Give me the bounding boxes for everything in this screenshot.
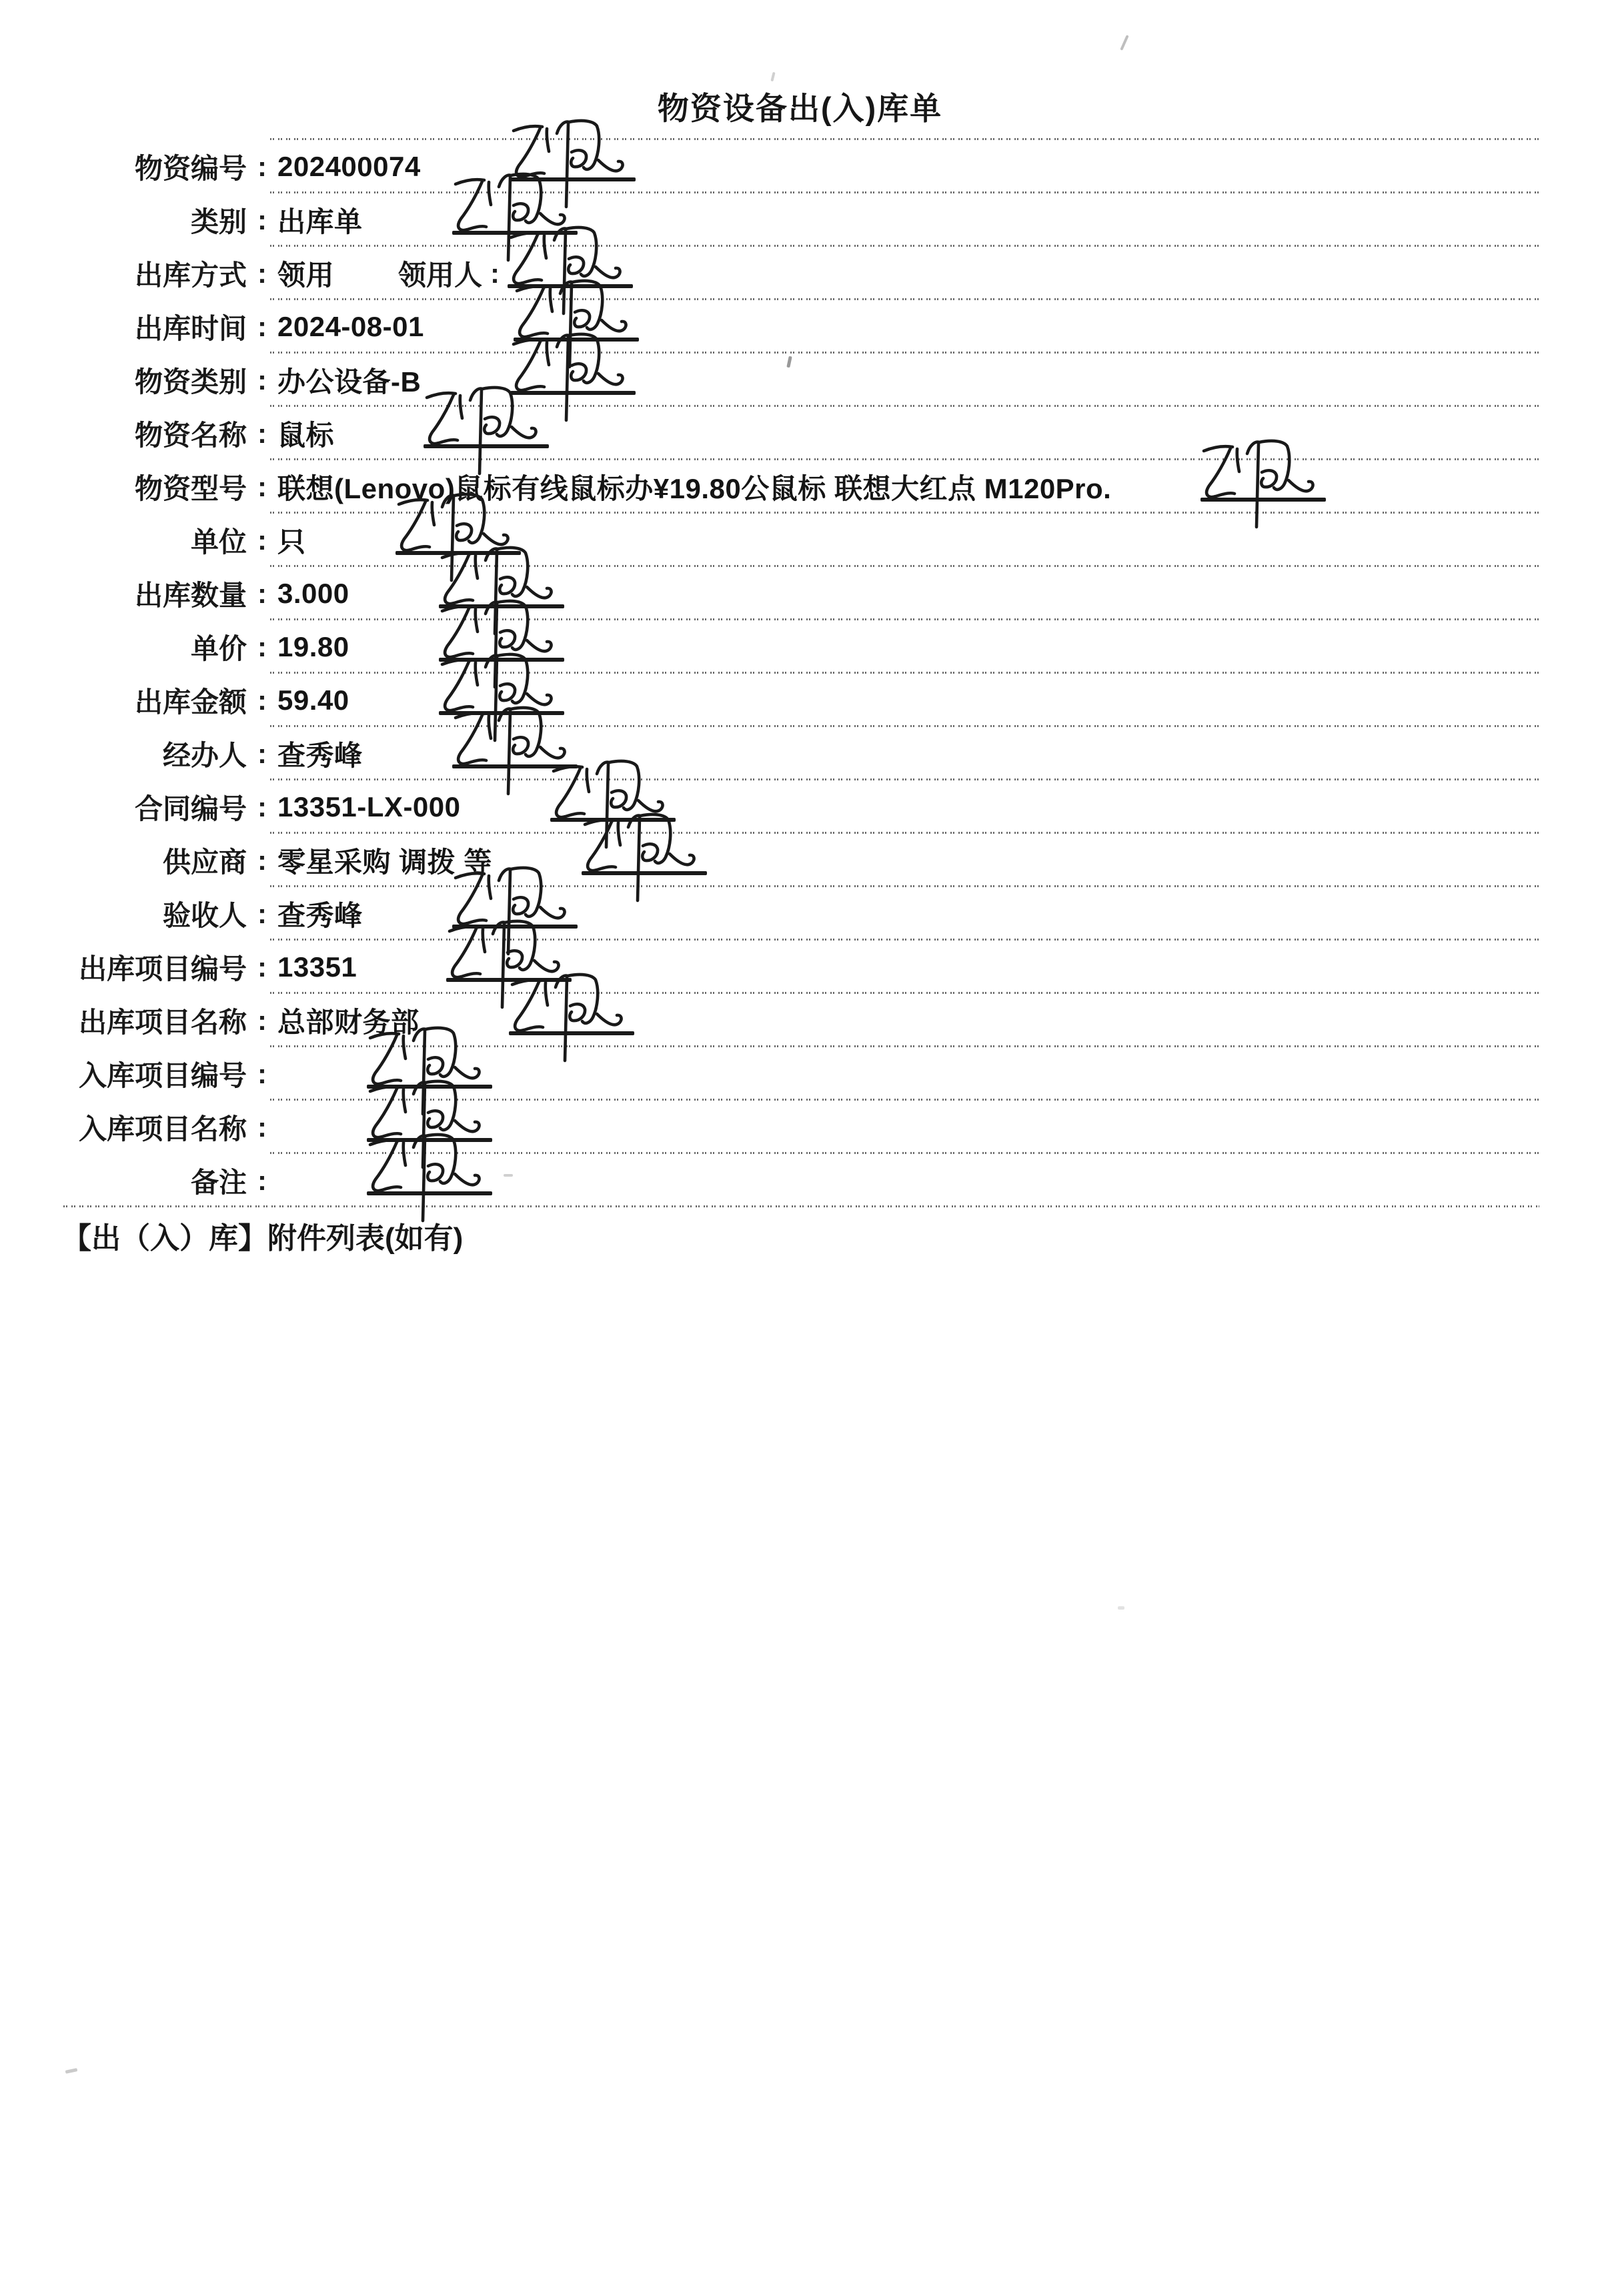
label-colon: : <box>247 524 277 556</box>
field-value: 13351 <box>277 951 357 983</box>
label-colon: : <box>247 684 277 716</box>
receiver-field <box>398 407 557 460</box>
field-value: 202400074 <box>277 151 421 183</box>
field-label: 物资名称 <box>0 414 247 454</box>
signature-area <box>582 834 715 887</box>
field-label: 出库数量 <box>0 574 247 614</box>
label-colon: : <box>247 471 277 503</box>
field-value: 59.40 <box>277 684 349 716</box>
scanned-warehouse-form-page: 物资设备出(入)库单 物资编号 : 202400074 <box>0 0 1600 2296</box>
field-label: 出库金额 <box>0 680 247 720</box>
scan-speck <box>1120 35 1128 51</box>
field-label: 出库项目名称 <box>0 1001 247 1041</box>
label-colon: : <box>247 257 277 290</box>
field-label: 出库项目编号 <box>0 947 247 987</box>
label-colon: : <box>247 898 277 930</box>
form-row: 物资名称 : 鼠标 <box>0 407 1600 460</box>
receiver-field <box>556 834 715 887</box>
scan-speck <box>1118 1606 1124 1610</box>
form-row: 单位 : 只 <box>0 514 1600 567</box>
signature-area <box>1201 460 1334 514</box>
receiver-field <box>1175 460 1334 514</box>
label-colon: : <box>247 1111 277 1143</box>
signature-area <box>367 1154 500 1207</box>
label-colon: : <box>247 151 277 183</box>
label-colon: : <box>247 311 277 343</box>
field-label: 类别 <box>0 200 247 240</box>
field-value: 办公设备-B <box>277 360 421 400</box>
form-row: 物资型号 : 联想(Lenovo)鼠标有线鼠标办¥19.80公鼠标 联想大红点 … <box>0 460 1600 514</box>
field-label: 备注 <box>0 1161 247 1201</box>
scan-speck <box>65 2068 78 2074</box>
document-title: 物资设备出(入)库单 <box>0 84 1600 129</box>
form-row: 供应商 : 零星采购 调拨 等 <box>0 834 1600 887</box>
signature-area <box>424 407 557 460</box>
form-row: 物资类别 : 办公设备-B <box>0 354 1600 407</box>
field-label: 入库项目名称 <box>0 1107 247 1147</box>
field-value: 3.000 <box>277 578 349 610</box>
label-colon: : <box>247 204 277 236</box>
field-label: 物资编号 <box>0 147 247 187</box>
form-row: 出库项目编号 : 13351 <box>0 941 1600 994</box>
field-label: 经办人 <box>0 734 247 774</box>
field-value: 出库单 <box>277 200 363 240</box>
form-row: 经办人 : 查秀峰 <box>0 727 1600 780</box>
signature-area <box>509 994 642 1047</box>
form-row: 出库时间 : 2024-08-01 <box>0 300 1600 354</box>
dotted-underline <box>63 1205 1539 1207</box>
field-value: 领用 <box>277 253 334 294</box>
label-colon: : <box>247 844 277 877</box>
form-row: 物资编号 : 202400074 <box>0 140 1600 193</box>
receiver-field <box>484 994 642 1047</box>
field-value: 只 <box>277 520 306 560</box>
field-value: 13351-LX-000 <box>277 791 461 823</box>
label-colon: : <box>247 1058 277 1090</box>
field-label: 出库时间 <box>0 307 247 347</box>
form-row: 入库项目编号 : <box>0 1047 1600 1101</box>
field-label: 合同编号 <box>0 787 247 827</box>
form-row: 出库方式 : 领用 领用人 : <box>0 247 1600 300</box>
field-value: 2024-08-01 <box>277 311 424 343</box>
field-value: 鼠标 <box>277 414 334 454</box>
field-label: 供应商 <box>0 840 247 881</box>
form-rows: 物资编号 : 202400074 类别 <box>0 138 1600 1207</box>
field-label: 入库项目编号 <box>0 1054 247 1094</box>
label-colon: : <box>247 364 277 396</box>
field-label: 出库方式 <box>0 253 247 294</box>
handwritten-signature-icon <box>1194 430 1327 537</box>
field-label: 单位 <box>0 520 247 560</box>
label-colon: : <box>247 738 277 770</box>
form-row: 出库金额 : 59.40 <box>0 674 1600 727</box>
receiver-field <box>341 1154 500 1207</box>
label-colon: : <box>247 1005 277 1037</box>
form-row: 验收人 : 查秀峰 <box>0 887 1600 941</box>
field-label: 物资类别 <box>0 360 247 400</box>
handwritten-signature-icon <box>575 804 708 911</box>
label-colon: : <box>247 951 277 983</box>
label-colon: : <box>247 578 277 610</box>
field-label: 物资型号 <box>0 467 247 507</box>
label-colon: : <box>247 791 277 823</box>
label-colon: : <box>247 631 277 663</box>
form-row: 单价 : 19.80 <box>0 620 1600 674</box>
handwritten-signature-icon <box>502 964 636 1071</box>
field-value: 查秀峰 <box>277 894 363 934</box>
attachments-section-title: 【出（入）库】附件列表(如有) <box>62 1214 1600 1257</box>
form-row: 备注 : <box>0 1154 1600 1207</box>
handwritten-signature-icon <box>360 1124 494 1231</box>
form-row: 出库项目名称 : 总部财务部 <box>0 994 1600 1047</box>
label-colon: : <box>247 1165 277 1197</box>
form-row: 出库数量 : 3.000 <box>0 567 1600 620</box>
field-label: 单价 <box>0 627 247 667</box>
form-row: 类别 : 出库单 <box>0 193 1600 247</box>
field-label: 验收人 <box>0 894 247 934</box>
label-colon: : <box>247 418 277 450</box>
form-row: 入库项目名称 : <box>0 1101 1600 1154</box>
field-value: 查秀峰 <box>277 734 363 774</box>
handwritten-signature-icon <box>417 377 550 484</box>
form-row: 合同编号 : 13351-LX-000 <box>0 780 1600 834</box>
scan-speck <box>770 72 775 82</box>
field-value: 19.80 <box>277 631 349 663</box>
